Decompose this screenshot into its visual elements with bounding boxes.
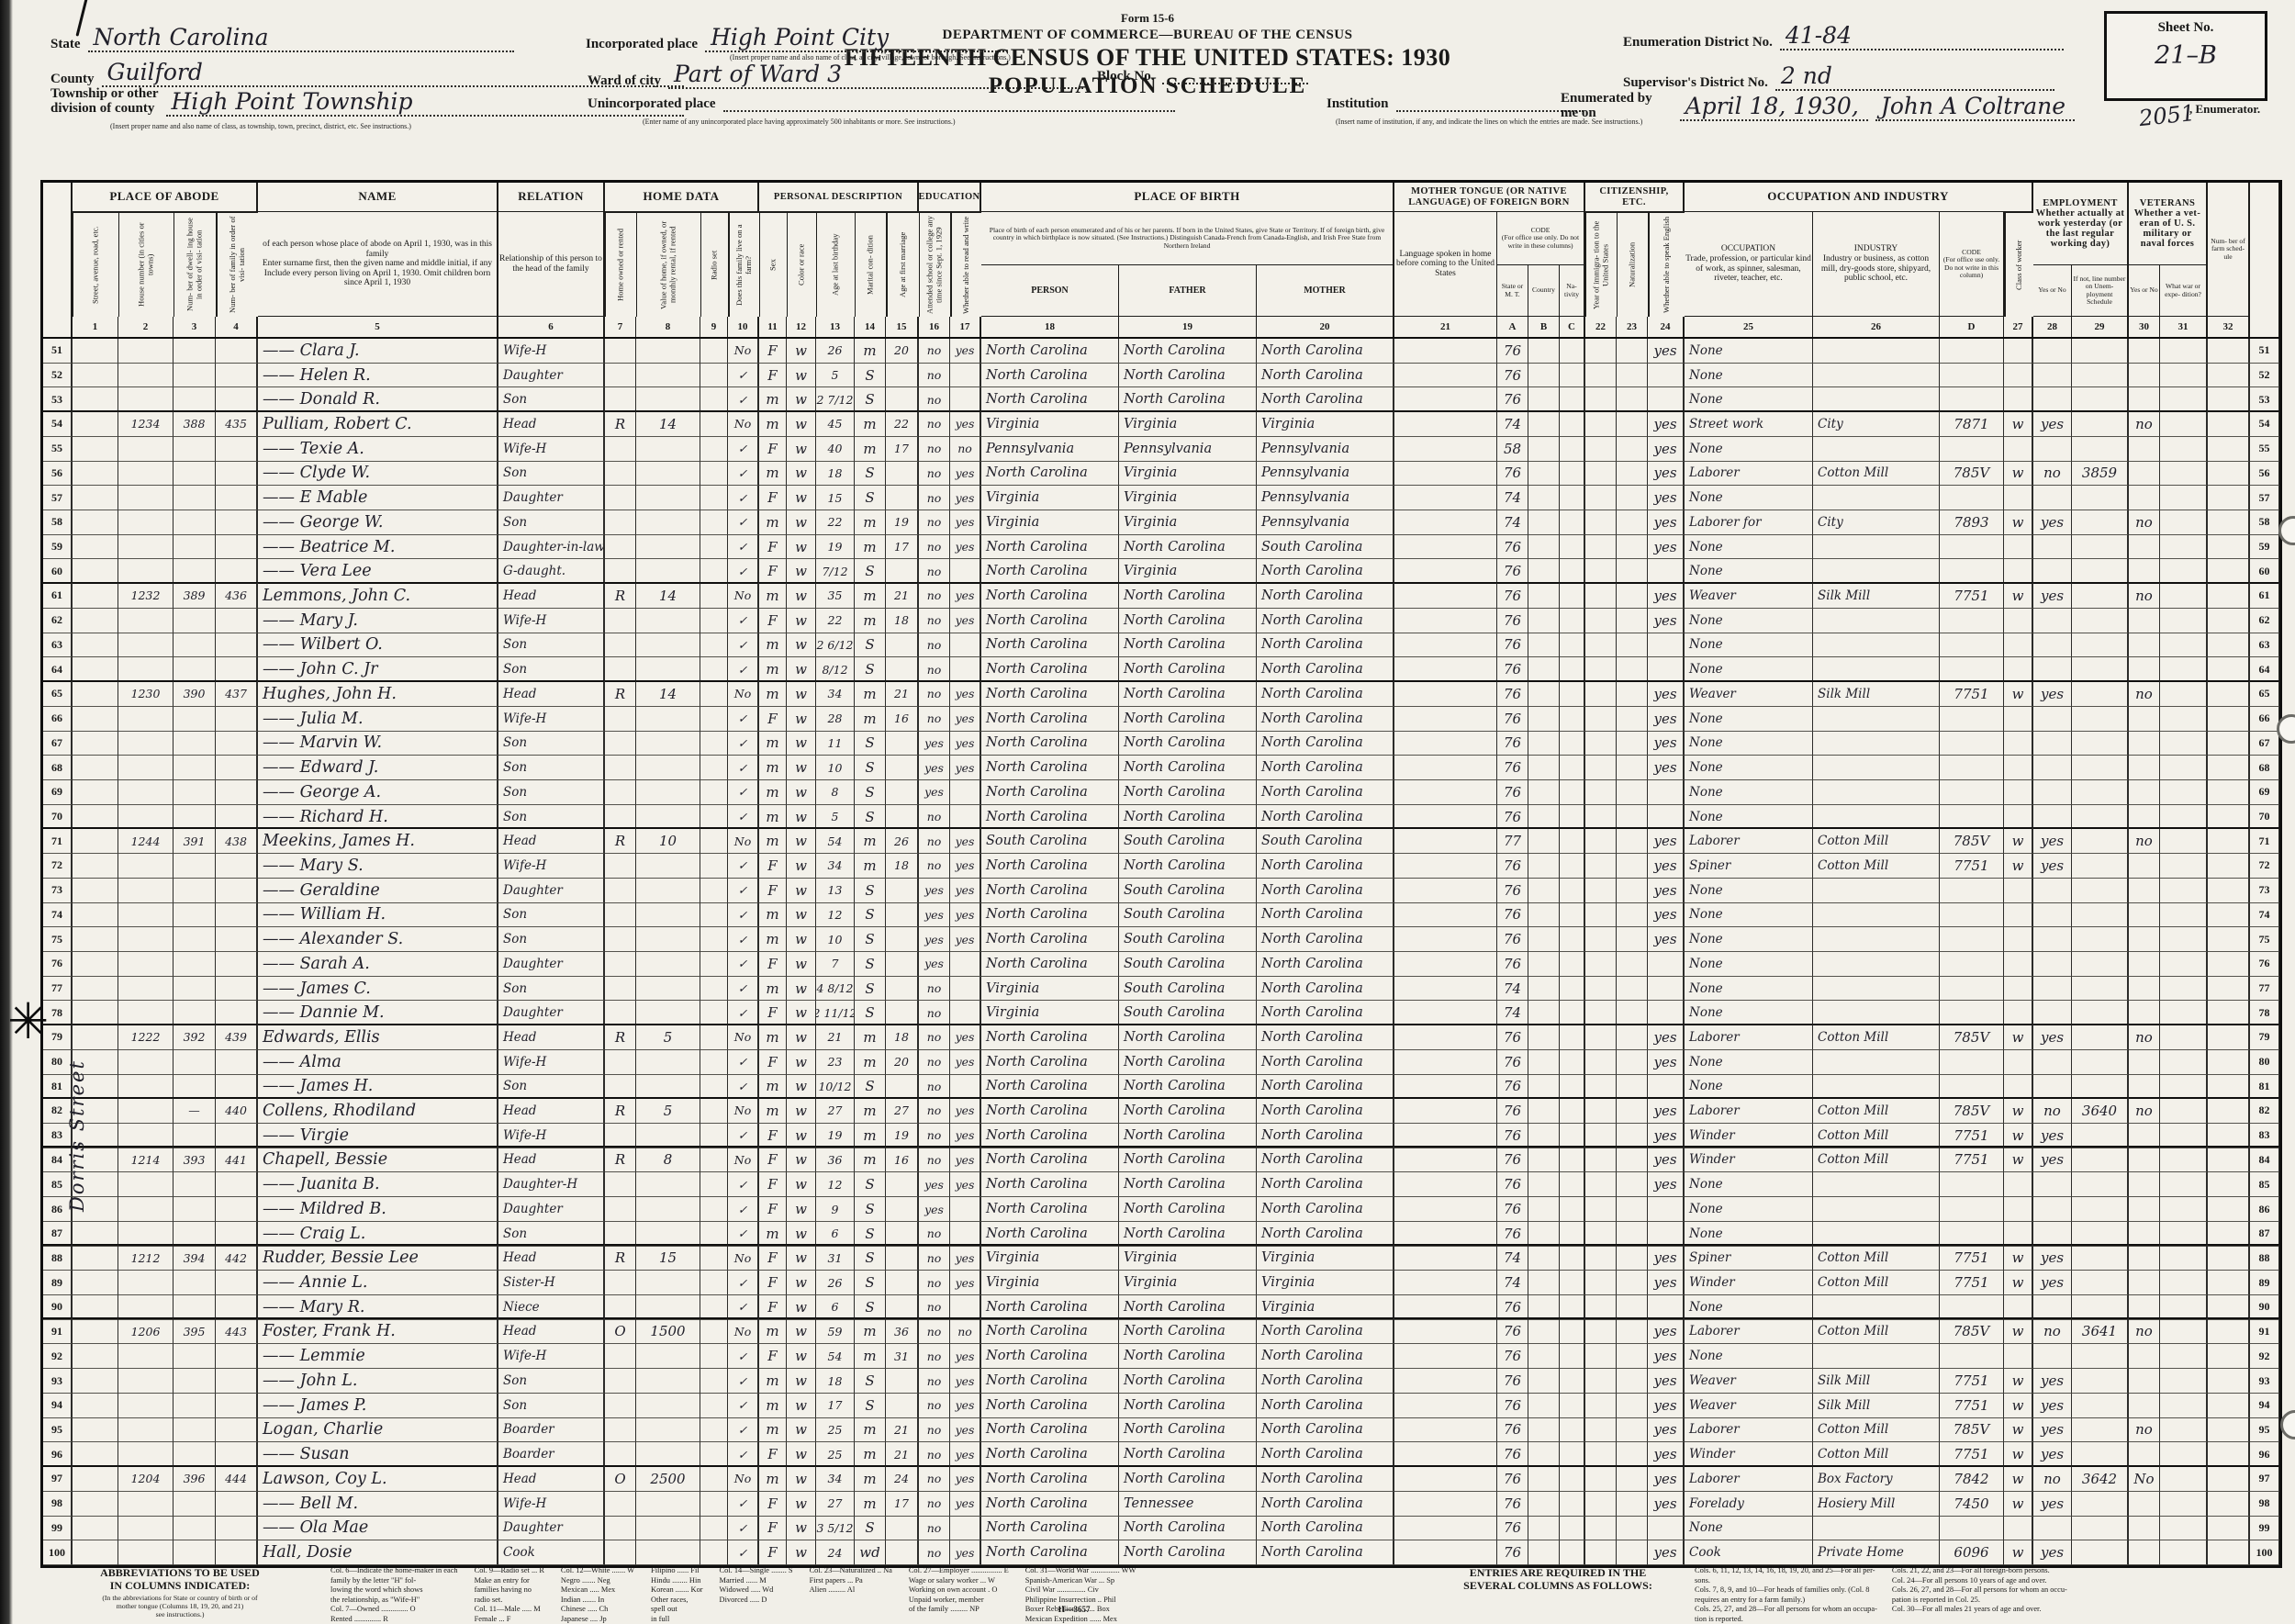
header-cell: If not, line number on Unem- ployment Sc… bbox=[2072, 265, 2129, 317]
cell-occ: Weaver bbox=[1685, 1394, 1813, 1418]
cell-code bbox=[1940, 339, 2004, 364]
cell-rel: Son bbox=[498, 1222, 605, 1247]
cell-dwell bbox=[174, 1295, 216, 1320]
cell-dwell bbox=[174, 1271, 216, 1295]
cell-occ: None bbox=[1685, 1172, 1813, 1197]
cell-mar: S bbox=[855, 559, 886, 584]
cell-cB bbox=[1528, 1146, 1560, 1172]
cell-race: w bbox=[787, 927, 816, 952]
cell-own: R bbox=[605, 827, 636, 854]
cell-occ: None bbox=[1685, 364, 1813, 388]
cell-rw bbox=[950, 633, 981, 658]
cell-cC bbox=[1560, 707, 1585, 732]
cell-cls bbox=[2004, 364, 2033, 388]
cell-sch: no bbox=[919, 1097, 950, 1124]
cell-occ: Laborer bbox=[1685, 1097, 1813, 1124]
cell-name: Hughes, John H. bbox=[258, 680, 498, 707]
cell-sch: no bbox=[919, 1369, 950, 1394]
cell-race: w bbox=[787, 1295, 816, 1320]
cell-rel: Head bbox=[498, 1465, 605, 1492]
line-number: 63 bbox=[43, 633, 73, 658]
cell-fsch bbox=[2208, 1317, 2250, 1344]
cell-val bbox=[636, 486, 700, 510]
line-number: 92 bbox=[43, 1344, 73, 1369]
cell-vet: no bbox=[2129, 827, 2160, 854]
cell-eng: yes bbox=[1648, 1540, 1685, 1565]
cell-ind bbox=[1813, 633, 1940, 658]
state-value: North Carolina bbox=[88, 24, 515, 52]
cell-sex: F bbox=[759, 339, 787, 364]
cell-own bbox=[605, 977, 636, 1002]
cell-sex: m bbox=[759, 1418, 787, 1443]
cell-cls bbox=[2004, 1050, 2033, 1075]
cell-nat bbox=[1617, 903, 1648, 928]
header-cell bbox=[43, 183, 73, 337]
cell-code bbox=[1940, 707, 2004, 732]
cell-code bbox=[1940, 1295, 2004, 1320]
cell-cA: 76 bbox=[1497, 364, 1528, 388]
cell-st bbox=[73, 559, 118, 584]
cell-sex: F bbox=[759, 559, 787, 584]
cell-cB bbox=[1528, 364, 1560, 388]
cell-fsch bbox=[2208, 535, 2250, 560]
cell-race: w bbox=[787, 1124, 816, 1148]
sheet-number-box: Sheet No. 21–B bbox=[2104, 11, 2267, 101]
cell-own bbox=[605, 927, 636, 952]
cell-war bbox=[2160, 1024, 2208, 1050]
cell-val bbox=[636, 657, 700, 682]
cell-radio bbox=[700, 1394, 728, 1418]
column-number-c32: 32 bbox=[2208, 317, 2250, 337]
cell-farm: ✓ bbox=[728, 1222, 759, 1247]
cell-yr bbox=[1585, 559, 1617, 584]
cell-age: 10 bbox=[816, 927, 855, 952]
cell-house bbox=[118, 609, 174, 633]
cell-ind bbox=[1813, 879, 1940, 903]
cell-lang bbox=[1394, 903, 1497, 928]
cell-age: 21 bbox=[816, 1024, 855, 1050]
cell-race: w bbox=[787, 462, 816, 487]
cell-farm: ✓ bbox=[728, 903, 759, 928]
cell-house bbox=[118, 927, 174, 952]
cell-name: Logan, Charlie bbox=[258, 1418, 498, 1443]
cell-val: 14 bbox=[636, 582, 700, 609]
cell-house bbox=[118, 780, 174, 805]
line-number: 96 bbox=[2250, 1442, 2279, 1467]
cell-pb: North Carolina bbox=[981, 1050, 1119, 1075]
cell-cC bbox=[1560, 339, 1585, 364]
cell-mar: S bbox=[855, 364, 886, 388]
cell-mar: m bbox=[855, 1124, 886, 1148]
cell-line bbox=[2072, 903, 2129, 928]
cell-occ: None bbox=[1685, 903, 1813, 928]
cell-cC bbox=[1560, 1146, 1585, 1172]
header-cell: Num- ber of farm sched- ule bbox=[2208, 183, 2250, 317]
cell-own bbox=[605, 657, 636, 682]
line-number: 100 bbox=[43, 1540, 73, 1565]
cell-work bbox=[2033, 1197, 2072, 1222]
cell-line bbox=[2072, 364, 2129, 388]
cell-house bbox=[118, 1050, 174, 1075]
cell-cA: 76 bbox=[1497, 1540, 1528, 1565]
cell-age: 54 bbox=[816, 827, 855, 854]
cell-work: yes bbox=[2033, 1146, 2072, 1172]
cell-rw: yes bbox=[950, 486, 981, 510]
cell-radio bbox=[700, 657, 728, 682]
cell-fb: North Carolina bbox=[1119, 1146, 1257, 1172]
cell-rw: yes bbox=[950, 707, 981, 732]
cell-fb: North Carolina bbox=[1119, 1394, 1257, 1418]
cell-mar: m bbox=[855, 854, 886, 879]
cell-pb: North Carolina bbox=[981, 854, 1119, 879]
cell-house: 1234 bbox=[118, 410, 174, 437]
cell-eng: yes bbox=[1648, 609, 1685, 633]
cell-mb: South Carolina bbox=[1257, 535, 1394, 560]
cell-ind: Cotton Mill bbox=[1813, 1418, 1940, 1443]
cell-farm: ✓ bbox=[728, 510, 759, 535]
line-number: 97 bbox=[43, 1465, 73, 1492]
cell-line bbox=[2072, 437, 2129, 462]
cell-lang bbox=[1394, 1124, 1497, 1148]
cell-fsch bbox=[2208, 437, 2250, 462]
cell-fb: Virginia bbox=[1119, 559, 1257, 584]
cell-cA: 76 bbox=[1497, 339, 1528, 364]
cell-cA: 74 bbox=[1497, 510, 1528, 535]
cell-age: 26 bbox=[816, 1271, 855, 1295]
cell-cls: w bbox=[2004, 1442, 2033, 1467]
cell-radio bbox=[700, 1244, 728, 1271]
supervisor-district-value: 2 nd bbox=[1775, 62, 2054, 91]
cell-nat bbox=[1617, 1024, 1648, 1050]
cell-farm: ✓ bbox=[728, 1001, 759, 1025]
cell-race: w bbox=[787, 410, 816, 437]
cell-mb: Pennsylvania bbox=[1257, 486, 1394, 510]
cell-race: w bbox=[787, 903, 816, 928]
cell-war bbox=[2160, 1075, 2208, 1100]
cell-lang bbox=[1394, 1024, 1497, 1050]
cell-fb: North Carolina bbox=[1119, 805, 1257, 830]
cell-eng: yes bbox=[1648, 1271, 1685, 1295]
cell-mb: North Carolina bbox=[1257, 1146, 1394, 1172]
cell-ind: Cotton Mill bbox=[1813, 1271, 1940, 1295]
cell-rw: yes bbox=[950, 1271, 981, 1295]
cell-race: w bbox=[787, 535, 816, 560]
cell-cA: 76 bbox=[1497, 1394, 1528, 1418]
cell-house bbox=[118, 1492, 174, 1517]
cell-own bbox=[605, 609, 636, 633]
cell-vet bbox=[2129, 1146, 2160, 1172]
cell-age: 13 bbox=[816, 879, 855, 903]
cell-rw: yes bbox=[950, 1369, 981, 1394]
cell-val: 5 bbox=[636, 1024, 700, 1050]
cell-race: w bbox=[787, 1418, 816, 1443]
cell-dwell bbox=[174, 1050, 216, 1075]
cell-eng: yes bbox=[1648, 462, 1685, 487]
cell-rw: yes bbox=[950, 510, 981, 535]
cell-mar: S bbox=[855, 1244, 886, 1271]
cell-pb: Virginia bbox=[981, 486, 1119, 510]
cell-farm: ✓ bbox=[728, 1418, 759, 1443]
cell-lang bbox=[1394, 1295, 1497, 1320]
cell-agem: 21 bbox=[886, 680, 919, 707]
cell-mar: m bbox=[855, 1465, 886, 1492]
cell-lang bbox=[1394, 977, 1497, 1002]
cell-line bbox=[2072, 879, 2129, 903]
cell-lang bbox=[1394, 410, 1497, 437]
cell-farm: No bbox=[728, 1465, 759, 1492]
ward-value: Part of Ward 3 bbox=[668, 61, 1083, 89]
cell-fam bbox=[216, 1271, 258, 1295]
cell-age: 18 bbox=[816, 1369, 855, 1394]
cell-cB bbox=[1528, 1197, 1560, 1222]
cell-agem bbox=[886, 364, 919, 388]
line-number: 53 bbox=[2250, 387, 2279, 412]
cell-sch: no bbox=[919, 977, 950, 1002]
cell-work: yes bbox=[2033, 410, 2072, 437]
line-number: 84 bbox=[2250, 1146, 2279, 1172]
cell-sch: no bbox=[919, 657, 950, 682]
cell-code: 785V bbox=[1940, 827, 2004, 854]
cell-eng bbox=[1648, 657, 1685, 682]
cell-code bbox=[1940, 535, 2004, 560]
header-cell: Language spoken in home before coming to… bbox=[1394, 212, 1497, 317]
institution-label: Institution bbox=[1327, 97, 1389, 112]
column-number-c7: 7 bbox=[605, 317, 636, 337]
cell-rel: Son bbox=[498, 1369, 605, 1394]
cell-mb: North Carolina bbox=[1257, 1124, 1394, 1148]
cell-own: R bbox=[605, 582, 636, 609]
cell-own bbox=[605, 462, 636, 487]
cell-fb: North Carolina bbox=[1119, 1075, 1257, 1100]
cell-cC bbox=[1560, 633, 1585, 658]
cell-name: —— Dannie M. bbox=[258, 1001, 498, 1025]
cell-radio bbox=[700, 1369, 728, 1394]
cell-yr bbox=[1585, 879, 1617, 903]
cell-nat bbox=[1617, 633, 1648, 658]
cell-mb: North Carolina bbox=[1257, 1540, 1394, 1565]
cell-code: 7751 bbox=[1940, 1394, 2004, 1418]
cell-fam: 441 bbox=[216, 1146, 258, 1172]
cell-mb: North Carolina bbox=[1257, 1197, 1394, 1222]
cell-nat bbox=[1617, 1418, 1648, 1443]
cell-war bbox=[2160, 462, 2208, 487]
cell-occ: Weaver bbox=[1685, 582, 1813, 609]
cell-st bbox=[73, 486, 118, 510]
cell-fb: North Carolina bbox=[1119, 1172, 1257, 1197]
cell-farm: ✓ bbox=[728, 633, 759, 658]
cell-st bbox=[73, 1540, 118, 1565]
stray-number: 2051 bbox=[2138, 100, 2197, 131]
line-number: 56 bbox=[2250, 462, 2279, 487]
cell-vet bbox=[2129, 1222, 2160, 1247]
cell-lang bbox=[1394, 756, 1497, 780]
cell-cA: 76 bbox=[1497, 462, 1528, 487]
cell-dwell bbox=[174, 805, 216, 830]
cell-line bbox=[2072, 510, 2129, 535]
cell-name: —— Alexander S. bbox=[258, 927, 498, 952]
cell-st bbox=[73, 1244, 118, 1271]
cell-code bbox=[1940, 952, 2004, 977]
cell-war bbox=[2160, 410, 2208, 437]
cell-farm: ✓ bbox=[728, 1075, 759, 1100]
cell-age: 26 bbox=[816, 339, 855, 364]
header-cell: CODE (For office use only. Do not write … bbox=[1497, 212, 1585, 265]
cell-age: 8 bbox=[816, 780, 855, 805]
cell-agem bbox=[886, 952, 919, 977]
line-number: 90 bbox=[43, 1295, 73, 1320]
cell-val bbox=[636, 1394, 700, 1418]
cell-own: O bbox=[605, 1317, 636, 1344]
cell-nat bbox=[1617, 387, 1648, 412]
cell-nat bbox=[1617, 1317, 1648, 1344]
cell-rel: Son bbox=[498, 780, 605, 805]
cell-code: 7871 bbox=[1940, 410, 2004, 437]
cell-lang bbox=[1394, 1369, 1497, 1394]
cell-agem: 18 bbox=[886, 609, 919, 633]
cell-sch: no bbox=[919, 1024, 950, 1050]
cell-nat bbox=[1617, 927, 1648, 952]
cell-code: 7842 bbox=[1940, 1465, 2004, 1492]
cell-st bbox=[73, 680, 118, 707]
cell-eng: yes bbox=[1648, 680, 1685, 707]
cell-val: 8 bbox=[636, 1146, 700, 1172]
cell-code bbox=[1940, 977, 2004, 1002]
cell-occ: None bbox=[1685, 805, 1813, 830]
cell-cC bbox=[1560, 1317, 1585, 1344]
cell-yr bbox=[1585, 1075, 1617, 1100]
cell-age: 11 bbox=[816, 732, 855, 756]
header-cell: OCCUPATION Trade, profession, or particu… bbox=[1685, 212, 1813, 317]
cell-mar: m bbox=[855, 680, 886, 707]
cell-occ: None bbox=[1685, 1197, 1813, 1222]
cell-pb: North Carolina bbox=[981, 707, 1119, 732]
cell-fb: Virginia bbox=[1119, 462, 1257, 487]
cell-fsch bbox=[2208, 559, 2250, 584]
cell-sch: no bbox=[919, 410, 950, 437]
cell-pb: North Carolina bbox=[981, 1024, 1119, 1050]
cell-rw bbox=[950, 1001, 981, 1025]
cell-sch: yes bbox=[919, 1172, 950, 1197]
cell-age: 45 bbox=[816, 410, 855, 437]
cell-sch: yes bbox=[919, 952, 950, 977]
cell-eng bbox=[1648, 1197, 1685, 1222]
cell-code bbox=[1940, 657, 2004, 682]
cell-code: 7751 bbox=[1940, 854, 2004, 879]
cell-farm: ✓ bbox=[728, 1197, 759, 1222]
unincorporated-label: Unincorporated place bbox=[588, 97, 716, 112]
cell-dwell bbox=[174, 927, 216, 952]
cell-ind bbox=[1813, 1197, 1940, 1222]
cell-pb: North Carolina bbox=[981, 732, 1119, 756]
cell-mar: S bbox=[855, 927, 886, 952]
cell-code bbox=[1940, 1001, 2004, 1025]
cell-rel: Head bbox=[498, 1146, 605, 1172]
cell-rw: yes bbox=[950, 1146, 981, 1172]
cell-war bbox=[2160, 535, 2208, 560]
cell-fb: North Carolina bbox=[1119, 1197, 1257, 1222]
cell-name: —— Mildred B. bbox=[258, 1197, 498, 1222]
cell-cA: 76 bbox=[1497, 952, 1528, 977]
cell-ind bbox=[1813, 437, 1940, 462]
cell-yr bbox=[1585, 535, 1617, 560]
cell-rw: yes bbox=[950, 927, 981, 952]
cell-age: 18 bbox=[816, 462, 855, 487]
cell-val bbox=[636, 1222, 700, 1247]
cell-race: w bbox=[787, 364, 816, 388]
cell-cA: 76 bbox=[1497, 927, 1528, 952]
cell-pb: North Carolina bbox=[981, 1197, 1119, 1222]
cell-lang bbox=[1394, 1394, 1497, 1418]
cell-cB bbox=[1528, 486, 1560, 510]
cell-val bbox=[636, 559, 700, 584]
cell-name: —— Susan bbox=[258, 1442, 498, 1467]
cell-agem bbox=[886, 1075, 919, 1100]
cell-fsch bbox=[2208, 1442, 2250, 1467]
cell-sex: m bbox=[759, 1075, 787, 1100]
cell-vet bbox=[2129, 364, 2160, 388]
cell-sch: no bbox=[919, 486, 950, 510]
cell-fam: 444 bbox=[216, 1465, 258, 1492]
cell-code bbox=[1940, 1344, 2004, 1369]
cell-nat bbox=[1617, 559, 1648, 584]
cell-cB bbox=[1528, 559, 1560, 584]
cell-fam bbox=[216, 1197, 258, 1222]
cell-fsch bbox=[2208, 387, 2250, 412]
cell-name: Meekins, James H. bbox=[258, 827, 498, 854]
cell-sex: F bbox=[759, 364, 787, 388]
cell-cB bbox=[1528, 339, 1560, 364]
cell-cA: 76 bbox=[1497, 1369, 1528, 1394]
cell-fam bbox=[216, 1075, 258, 1100]
cell-war bbox=[2160, 1442, 2208, 1467]
cell-age: 5 bbox=[816, 805, 855, 830]
cell-work bbox=[2033, 1517, 2072, 1541]
cell-sex: F bbox=[759, 1442, 787, 1467]
cell-lang bbox=[1394, 510, 1497, 535]
cell-war bbox=[2160, 854, 2208, 879]
cell-fam bbox=[216, 364, 258, 388]
enumerator-label: , Enumerator. bbox=[2189, 103, 2260, 116]
cell-age: 35 bbox=[816, 582, 855, 609]
cell-ind bbox=[1813, 559, 1940, 584]
cell-rel: Son bbox=[498, 657, 605, 682]
line-number: 87 bbox=[43, 1222, 73, 1247]
cell-fb: North Carolina bbox=[1119, 1418, 1257, 1443]
cell-code: 7751 bbox=[1940, 1369, 2004, 1394]
cell-fb: North Carolina bbox=[1119, 756, 1257, 780]
column-number-c14: 14 bbox=[855, 317, 886, 337]
cell-dwell: 392 bbox=[174, 1024, 216, 1050]
cell-rel: Son bbox=[498, 927, 605, 952]
cell-cls bbox=[2004, 609, 2033, 633]
cell-radio bbox=[700, 387, 728, 412]
cell-fsch bbox=[2208, 1172, 2250, 1197]
cell-name: —— Mary R. bbox=[258, 1295, 498, 1320]
cell-own: R bbox=[605, 1244, 636, 1271]
cell-yr bbox=[1585, 1369, 1617, 1394]
cell-sch: no bbox=[919, 462, 950, 487]
cell-war bbox=[2160, 1369, 2208, 1394]
cell-fb: Virginia bbox=[1119, 410, 1257, 437]
cell-fam: 435 bbox=[216, 410, 258, 437]
cell-rel: Head bbox=[498, 410, 605, 437]
cell-ind bbox=[1813, 1075, 1940, 1100]
cell-pb: North Carolina bbox=[981, 364, 1119, 388]
cell-race: w bbox=[787, 437, 816, 462]
cell-house bbox=[118, 1295, 174, 1320]
cell-mar: S bbox=[855, 387, 886, 412]
cell-agem: 19 bbox=[886, 510, 919, 535]
